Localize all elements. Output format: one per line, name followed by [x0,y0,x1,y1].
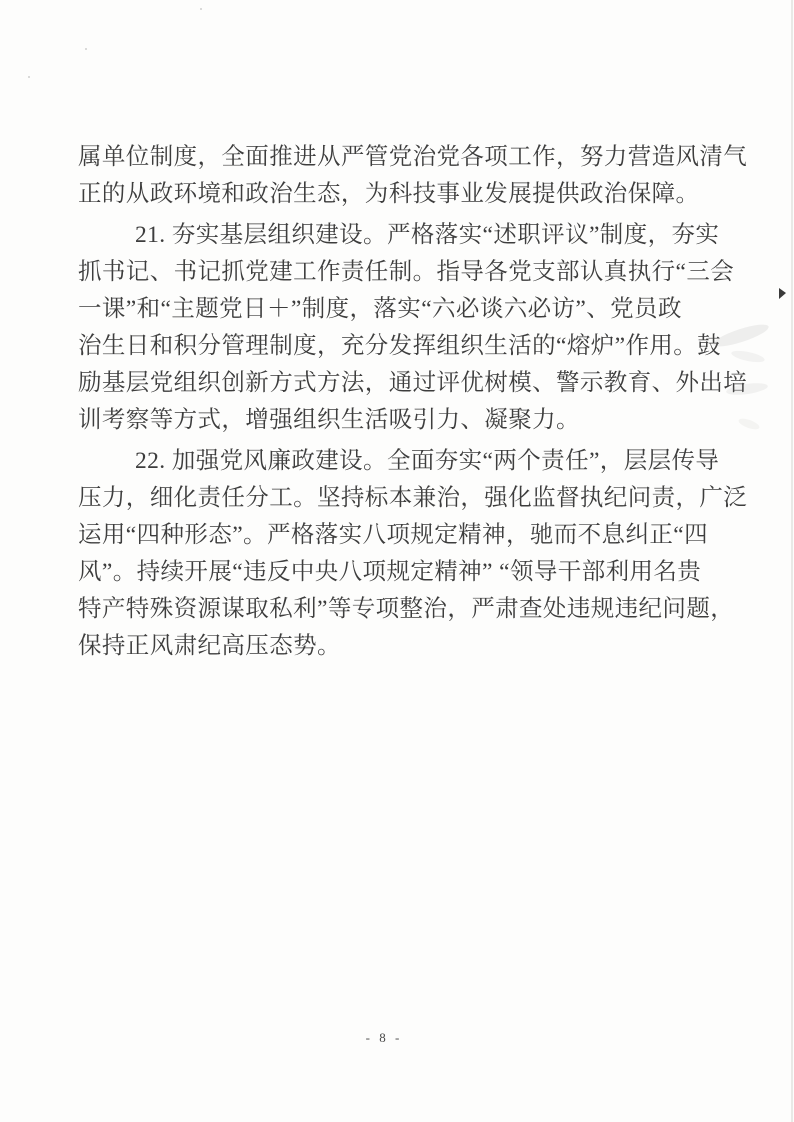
document-body: 属单位制度，全面推进从严管党治党各项工作，努力营造风清气 正的从政环境和政治生态… [78,139,750,665]
text-line: 一课”和“主题党日＋”制度，落实“六必谈六必访”、党员政 [78,291,750,328]
scan-edge-line [791,0,793,1122]
text-line: 特产特殊资源谋取私利”等专项整治，严肃查处违规违纪问题， [78,591,750,628]
page-number: - 8 - [0,1030,768,1046]
scan-speck [200,8,202,10]
text-line: 21. 夯实基层组织建设。严格落实“述职评议”制度，夯实 [78,217,750,254]
scan-speck [28,76,30,78]
paragraph-continuation: 属单位制度，全面推进从严管党治党各项工作，努力营造风清气 正的从政环境和政治生态… [78,139,750,213]
scan-speck [85,48,87,50]
text-line: 治生日和积分管理制度，充分发挥组织生活的“熔炉”作用。鼓 [78,328,750,365]
text-line: 励基层党组织创新方式方法，通过评优树模、警示教育、外出培 [78,365,750,402]
paragraph-21: 21. 夯实基层组织建设。严格落实“述职评议”制度，夯实 抓书记、书记抓党建工作… [78,217,750,439]
text-line: 训考察等方式，增强组织生活吸引力、凝聚力。 [78,402,750,439]
text-line: 抓书记、书记抓党建工作责任制。指导各党支部认真执行“三会 [78,254,750,291]
text-line: 运用“四种形态”。严格落实八项规定精神，驰而不息纠正“四 [78,517,750,554]
text-line: 属单位制度，全面推进从严管党治党各项工作，努力营造风清气 [78,139,750,176]
scan-artifact-mark [779,288,786,299]
document-page: 属单位制度，全面推进从严管党治党各项工作，努力营造风清气 正的从政环境和政治生态… [0,0,794,1122]
text-line: 压力，细化责任分工。坚持标本兼治，强化监督执纪问责，广泛 [78,480,750,517]
text-line: 22. 加强党风廉政建设。全面夯实“两个责任”，层层传导 [78,443,750,480]
paragraph-22: 22. 加强党风廉政建设。全面夯实“两个责任”，层层传导 压力，细化责任分工。坚… [78,443,750,665]
text-line: 正的从政环境和政治生态，为科技事业发展提供政治保障。 [78,176,750,213]
text-line: 风”。持续开展“违反中央八项规定精神” “领导干部利用名贵 [78,554,750,591]
text-line: 保持正风肃纪高压态势。 [78,628,750,665]
